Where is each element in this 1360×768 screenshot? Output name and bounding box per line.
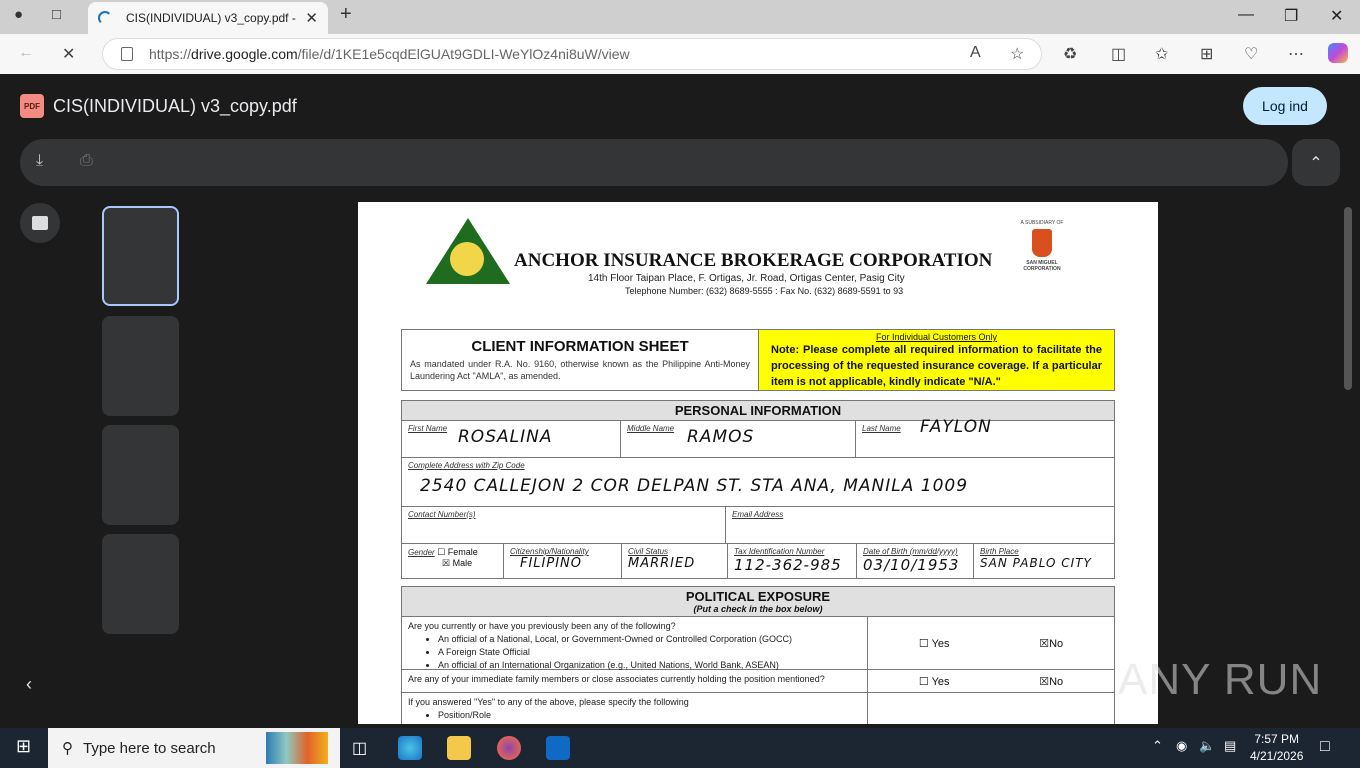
- close-window-icon[interactable]: ✕: [1330, 6, 1343, 26]
- back-icon[interactable]: ←: [18, 44, 34, 62]
- clock[interactable]: 7:57 PM4/21/2026: [1250, 731, 1303, 765]
- split-screen-icon[interactable]: ◫: [1111, 44, 1126, 64]
- minimize-icon[interactable]: —: [1238, 6, 1254, 24]
- first-name-value: ROSALINA: [458, 427, 614, 447]
- note-box: For Individual Customers Only Note: Plea…: [759, 330, 1114, 390]
- image-icon: [32, 216, 48, 230]
- company-phone: Telephone Number: (632) 8689-5555 : Fax …: [625, 286, 903, 296]
- page-thumbnail-1[interactable]: [102, 206, 179, 306]
- image-view-button[interactable]: [20, 203, 60, 243]
- file-explorer-taskbar-icon[interactable]: [447, 736, 471, 760]
- extensions-icon[interactable]: ♻: [1063, 44, 1077, 64]
- political-exposure-section: POLITICAL EXPOSURE(Put a check in the bo…: [401, 586, 1115, 724]
- middle-name-value: RAMOS: [687, 427, 849, 447]
- task-view-icon[interactable]: ◫: [352, 738, 367, 758]
- last-name-value: FAYLON: [920, 417, 1108, 437]
- page-thumbnail-4[interactable]: [102, 534, 179, 634]
- show-hidden-icons[interactable]: ⌃: [1152, 738, 1163, 754]
- firefox-taskbar-icon[interactable]: [497, 736, 521, 760]
- company-name: ANCHOR INSURANCE BROKERAGE CORPORATION: [514, 250, 992, 272]
- lock-icon: [121, 47, 133, 61]
- browser-essentials-icon[interactable]: ♡: [1244, 44, 1258, 64]
- anchor-emblem: [450, 242, 484, 276]
- print-icon[interactable]: ⎙: [80, 152, 93, 170]
- file-title: PDF CIS(INDIVIDUAL) v3_copy.pdf: [20, 94, 297, 118]
- scrollbar-thumb[interactable]: [1344, 207, 1352, 390]
- restore-icon[interactable]: ❐: [1284, 6, 1298, 26]
- anyrun-watermark: ANY RUN: [1118, 655, 1322, 705]
- chevron-up-icon: ⌃: [1309, 153, 1322, 173]
- address-bar-row: ← ✕ https://drive.google.com/file/d/1KE1…: [0, 34, 1360, 74]
- company-address: 14th Floor Taipan Place, F. Ortigas, Jr.…: [588, 273, 905, 284]
- pdf-toolbar: ⤓ ⎙: [20, 139, 1288, 186]
- pdf-file-icon: PDF: [20, 94, 44, 118]
- collapse-toolbar-button[interactable]: ⌃: [1292, 139, 1340, 186]
- windows-start-icon[interactable]: ⊞: [16, 736, 31, 757]
- read-aloud-icon[interactable]: A: [970, 44, 981, 62]
- volume-icon[interactable]: 🔈: [1199, 738, 1215, 754]
- favorites-icon[interactable]: ✩: [1155, 44, 1168, 64]
- sheet-header: CLIENT INFORMATION SHEET As mandated und…: [401, 329, 1115, 391]
- collections-icon[interactable]: ⊞: [1200, 44, 1213, 64]
- new-tab-button[interactable]: +: [340, 3, 352, 26]
- copilot-icon[interactable]: [1328, 43, 1348, 63]
- personal-information-section: PERSONAL INFORMATION First NameROSALINA …: [401, 400, 1115, 579]
- stop-icon[interactable]: ✕: [62, 44, 75, 64]
- camera-icon[interactable]: ◉: [1176, 738, 1187, 754]
- pdf-page: ANCHOR INSURANCE BROKERAGE CORPORATION 1…: [358, 202, 1158, 724]
- chevron-left-icon[interactable]: ‹: [26, 674, 32, 695]
- loading-icon: [98, 11, 112, 25]
- network-icon[interactable]: ▤: [1224, 738, 1236, 754]
- more-icon[interactable]: ⋯: [1288, 44, 1304, 64]
- favorite-icon[interactable]: ☆: [1010, 44, 1024, 64]
- download-icon[interactable]: ⤓: [36, 152, 43, 170]
- tab-strip: ● □ CIS(INDIVIDUAL) v3_copy.pdf - Google…: [0, 0, 1360, 34]
- crest-icon: [1032, 229, 1052, 257]
- san-miguel-logo: A SUBSIDIARY OF SAN MIGUEL CORPORATION: [1018, 220, 1066, 272]
- sheet-title: CLIENT INFORMATION SHEET: [410, 338, 750, 355]
- page-thumbnail-3[interactable]: [102, 425, 179, 525]
- notifications-icon[interactable]: □: [1320, 738, 1330, 756]
- browser-tab[interactable]: CIS(INDIVIDUAL) v3_copy.pdf - Google Dri…: [88, 2, 328, 34]
- drive-pdf-viewer: PDF CIS(INDIVIDUAL) v3_copy.pdf Log ind …: [4, 74, 1356, 724]
- url-input[interactable]: https://drive.google.com/file/d/1KE1e5cq…: [102, 38, 1042, 70]
- puzzle-image-icon: [266, 732, 328, 764]
- login-button[interactable]: Log ind: [1243, 87, 1327, 125]
- search-icon: ⚲: [62, 739, 73, 757]
- page-thumbnail-2[interactable]: [102, 316, 179, 416]
- address-value: 2540 CALLEJON 2 COR DELPAN ST. STA ANA, …: [420, 476, 1108, 496]
- profile-icon[interactable]: ●: [14, 6, 23, 23]
- taskbar-search[interactable]: ⚲ Type here to search: [48, 728, 340, 768]
- close-tab-icon[interactable]: ✕: [305, 9, 318, 27]
- taskbar: ⊞ ⚲ Type here to search ◫ ⌃ ◉ 🔈 ▤ 7:57 P…: [0, 728, 1360, 768]
- outlook-taskbar-icon[interactable]: [546, 736, 570, 760]
- edge-taskbar-icon[interactable]: [398, 736, 422, 760]
- tab-actions-icon[interactable]: □: [52, 6, 61, 23]
